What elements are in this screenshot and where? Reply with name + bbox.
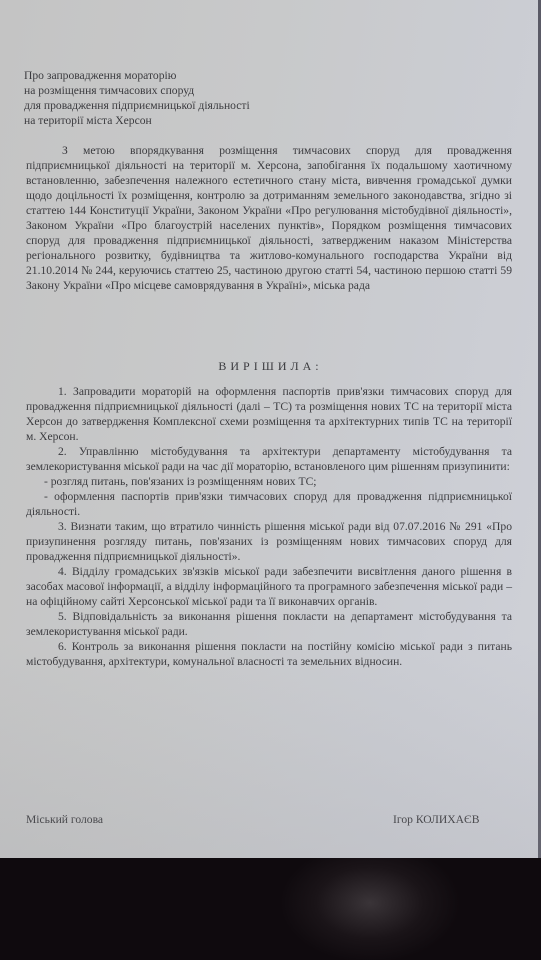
title-line: Про запровадження мораторію (24, 68, 324, 83)
signature-name: Ігор КОЛИХАЄВ (393, 812, 479, 827)
decision-heading: ВИРІШИЛА: (0, 359, 541, 374)
table-background (0, 858, 541, 960)
signature-position: Міський голова (26, 812, 103, 827)
decision-item-1: 1. Запровадити мораторій на оформлення п… (26, 384, 512, 444)
preamble-block: З метою впорядкування розміщення тимчасо… (26, 143, 512, 293)
decision-subitem: - оформлення паспортів прив'язки тимчасо… (26, 489, 512, 519)
decision-items: 1. Запровадити мораторій на оформлення п… (26, 384, 512, 669)
title-line: на розміщення тимчасових споруд (24, 83, 324, 98)
decision-item-4: 4. Відділу громадських зв'язків міської … (26, 564, 512, 609)
decision-item-2: 2. Управлінню містобудування та архітект… (26, 444, 512, 474)
title-line: на території міста Херсон (24, 113, 324, 128)
document-page: Про запровадження мораторію на розміщенн… (0, 0, 541, 858)
decision-subitem: - розгляд питань, пов'язаних із розміщен… (26, 474, 512, 489)
document-title: Про запровадження мораторію на розміщенн… (24, 68, 324, 128)
decision-item-3: 3. Визнати таким, що втратило чинність р… (26, 519, 512, 564)
decision-item-6: 6. Контроль за виконання рішення покласт… (26, 639, 512, 669)
decision-item-5: 5. Відповідальність за виконання рішення… (26, 609, 512, 639)
preamble-paragraph: З метою впорядкування розміщення тимчасо… (26, 143, 512, 293)
title-line: для провадження підприємницької діяльнос… (24, 98, 324, 113)
